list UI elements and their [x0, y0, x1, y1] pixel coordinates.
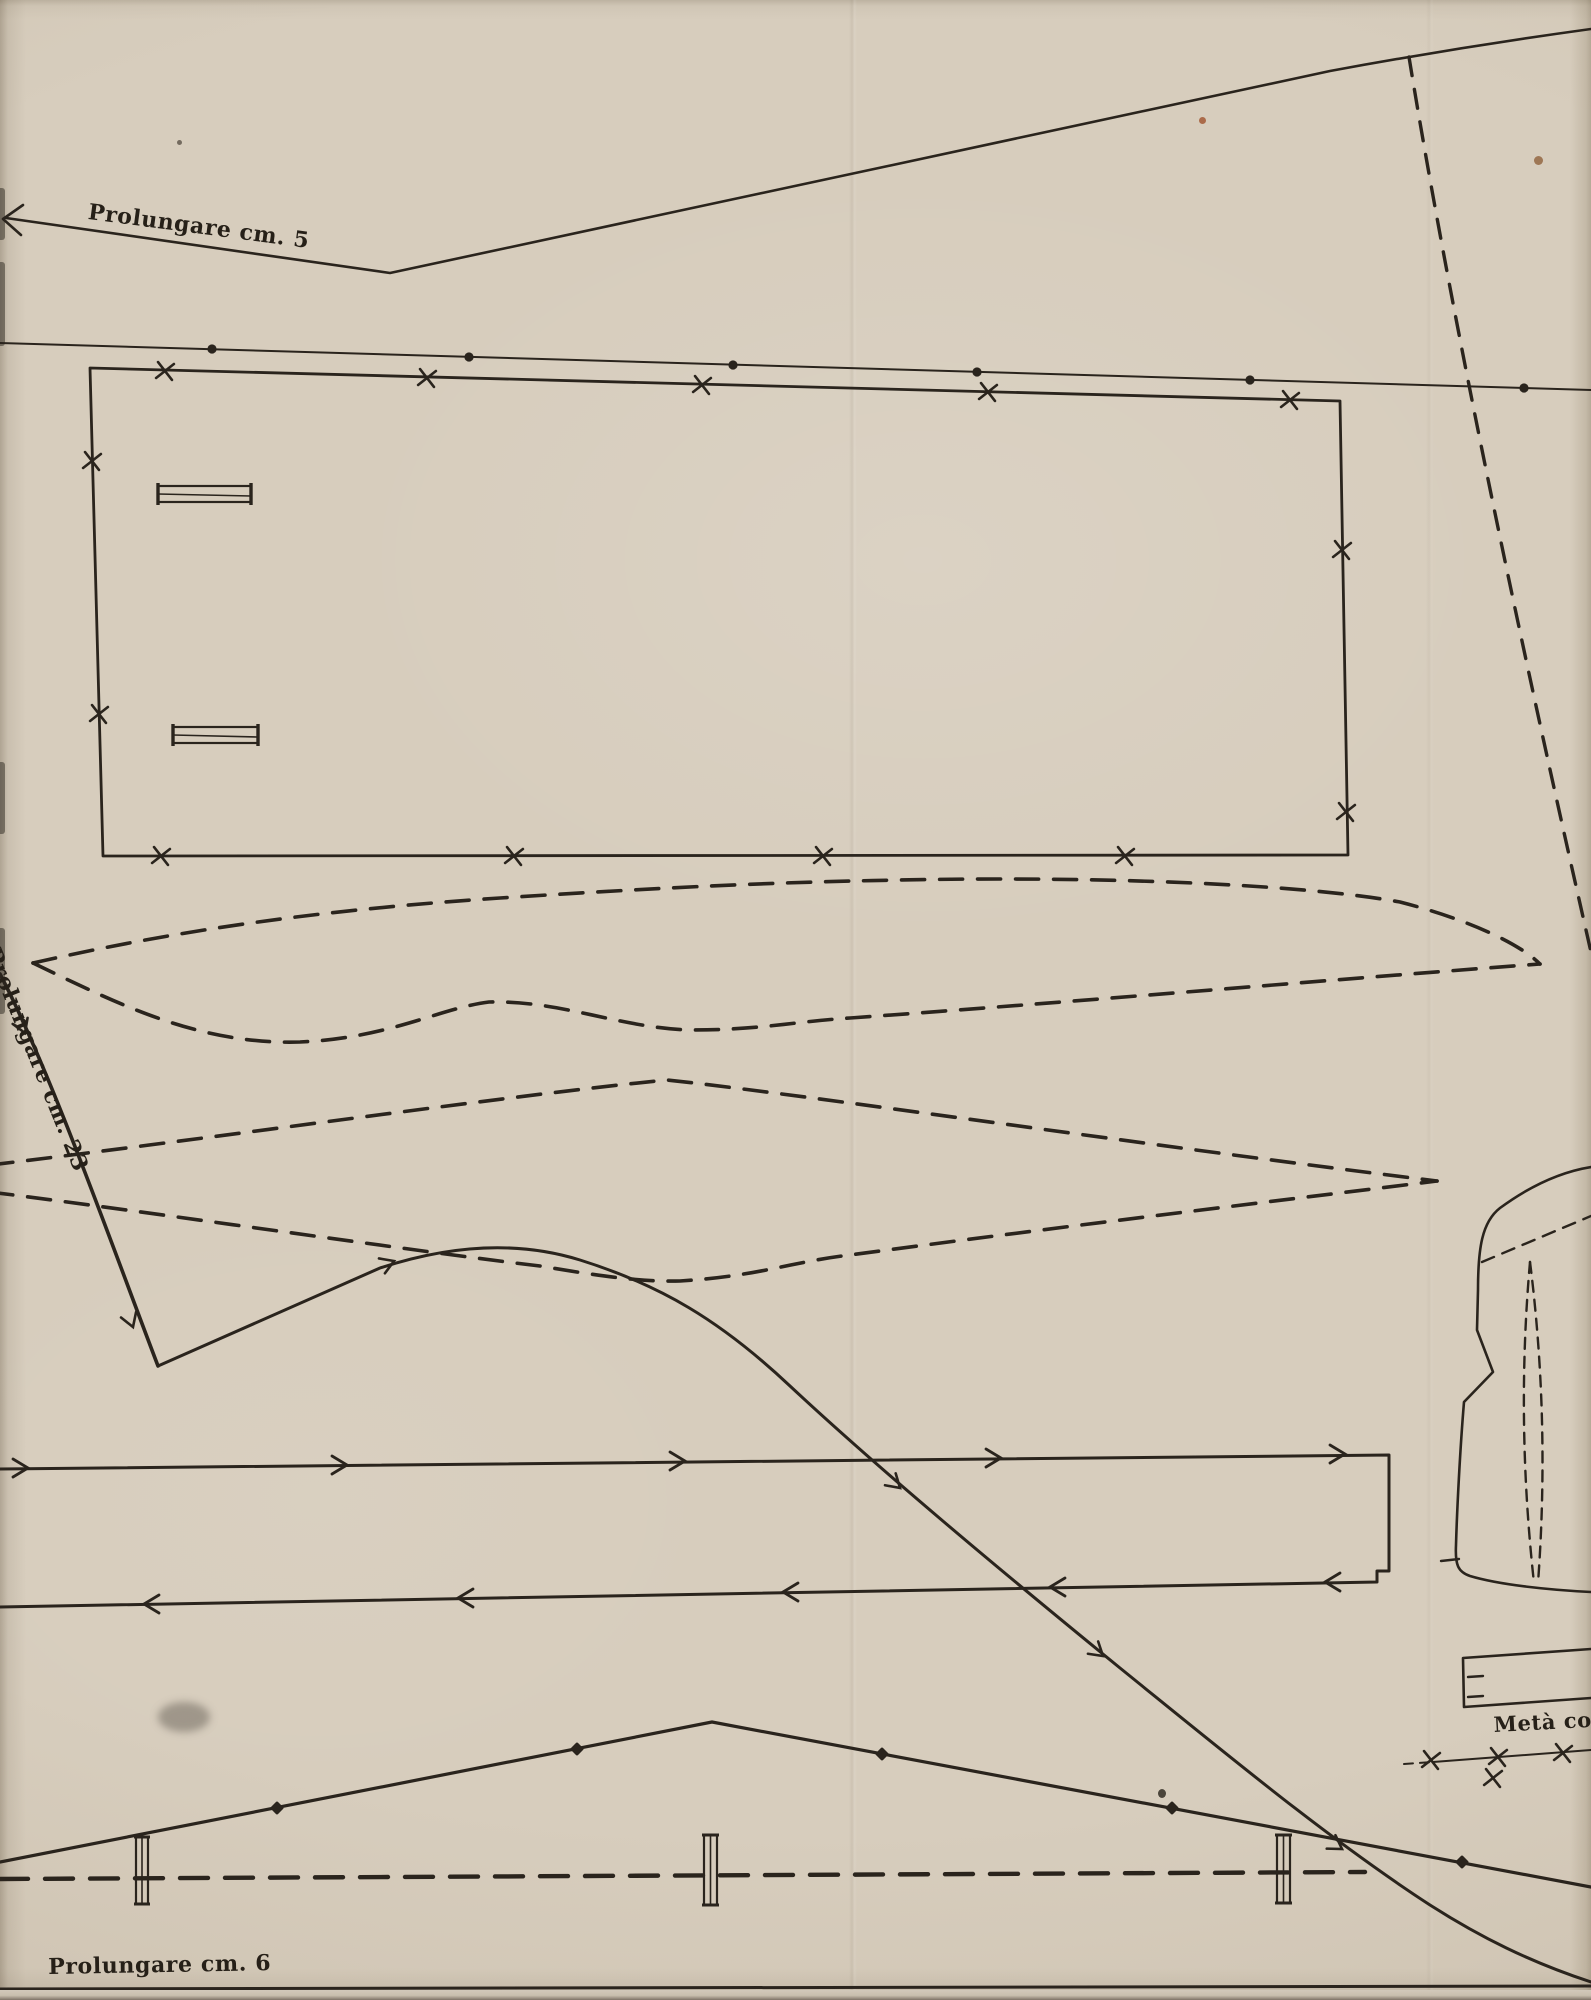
guide-dot [464, 352, 473, 361]
pattern-drawing [0, 0, 1591, 2000]
front-edge-curve [158, 1248, 1591, 1982]
buttonhole-slit [173, 735, 258, 737]
buttonhole-slit [158, 494, 251, 496]
guide-dot [1245, 375, 1254, 384]
hem-dot [570, 1742, 584, 1756]
waistband-strip [0, 1455, 1389, 1607]
hem-dot [1455, 1855, 1469, 1869]
hem-dashed-line [0, 1872, 1365, 1879]
fold-dashed-line-top-right [1409, 57, 1591, 952]
marks-layer [13, 344, 1572, 1905]
guide-dot [207, 344, 216, 353]
page-bottom-edge [0, 1990, 1591, 2000]
x-mark-meta_line [1484, 1769, 1502, 1787]
bottom-edge-line [0, 1986, 1591, 1989]
meta-collo-band [1463, 1649, 1591, 1707]
pattern-sheet: Prolungare cm. 5 Prolungare cm. 23 Metà … [0, 0, 1591, 2000]
direction-tick-icon [885, 1473, 905, 1494]
x-mark-meta_line [1422, 1751, 1440, 1769]
hem-dot [1165, 1801, 1179, 1815]
grainline-dotted-guide [0, 343, 1591, 390]
hem-dot [270, 1801, 284, 1815]
guide-dot [1519, 383, 1528, 392]
collar-piece-details [1441, 1216, 1591, 1583]
dart-lower-dashed [0, 1080, 1437, 1281]
hem-triangle-line [0, 1722, 1591, 1887]
arrow-right-icon [1330, 1445, 1345, 1463]
dart-upper-dashed [33, 879, 1540, 1042]
label-prolungare-6: Prolungare cm. 6 [48, 1950, 271, 1980]
guide-dot [972, 367, 981, 376]
guide-dot [728, 360, 737, 369]
hem-dot [875, 1747, 889, 1761]
belt-piece-rectangle [90, 368, 1348, 856]
